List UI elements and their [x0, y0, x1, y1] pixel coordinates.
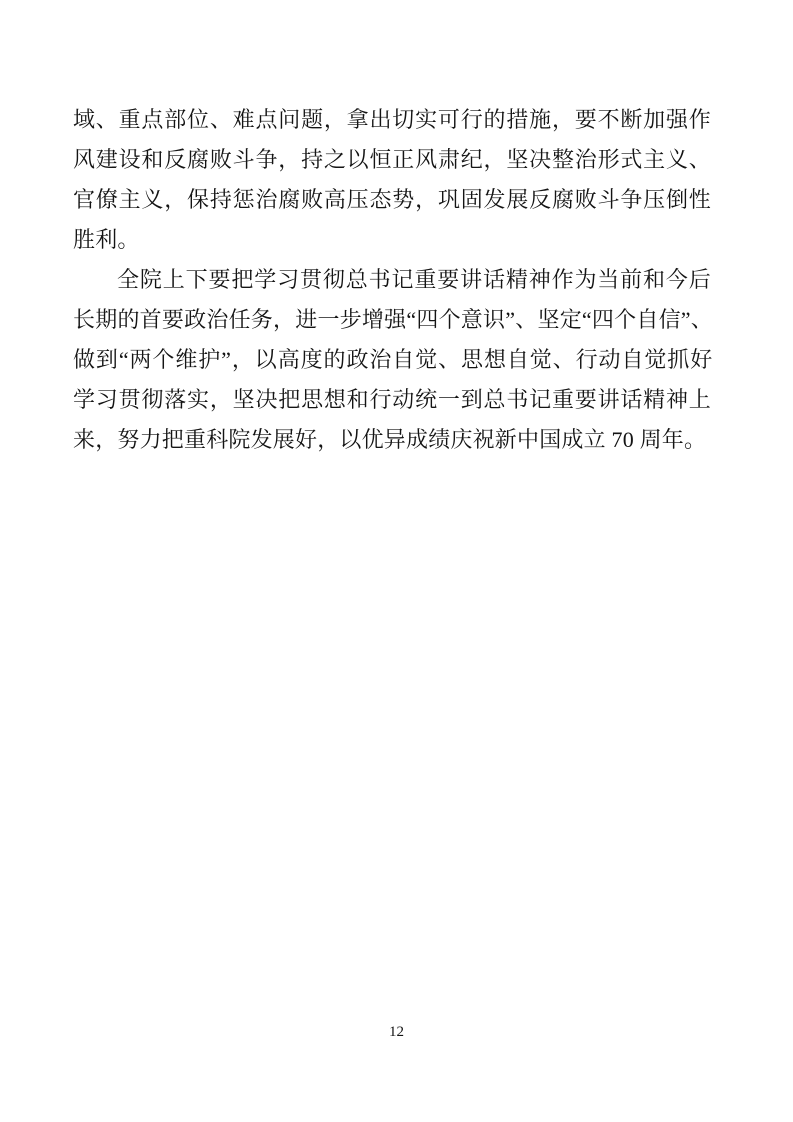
document-body: 域、重点部位、难点问题，拿出切实可行的措施，要不断加强作 风建设和反腐败斗争，持… — [73, 100, 711, 460]
paragraph-2-line-3: 做到“两个维护”，以高度的政治自觉、思想自觉、行动自觉抓好 — [73, 340, 711, 380]
paragraph-2-line-1: 全院上下要把学习贯彻总书记重要讲话精神作为当前和今后 — [73, 260, 711, 300]
document-page: 域、重点部位、难点问题，拿出切实可行的措施，要不断加强作 风建设和反腐败斗争，持… — [0, 0, 793, 1122]
paragraph-1-line-1: 域、重点部位、难点问题，拿出切实可行的措施，要不断加强作 — [73, 100, 711, 140]
paragraph-1-line-4: 胜利。 — [73, 220, 711, 260]
paragraph-1-line-3: 官僚主义，保持惩治腐败高压态势，巩固发展反腐败斗争压倒性 — [73, 180, 711, 220]
paragraph-2-line-2: 长期的首要政治任务，进一步增强“四个意识”、坚定“四个自信”、 — [73, 300, 711, 340]
paragraph-2-line-4: 学习贯彻落实，坚决把思想和行动统一到总书记重要讲话精神上 — [73, 380, 711, 420]
paragraph-1-line-2: 风建设和反腐败斗争，持之以恒正风肃纪，坚决整治形式主义、 — [73, 140, 711, 180]
page-number: 12 — [0, 1022, 793, 1042]
paragraph-2-line-5: 来，努力把重科院发展好，以优异成绩庆祝新中国成立 70 周年。 — [73, 420, 711, 460]
